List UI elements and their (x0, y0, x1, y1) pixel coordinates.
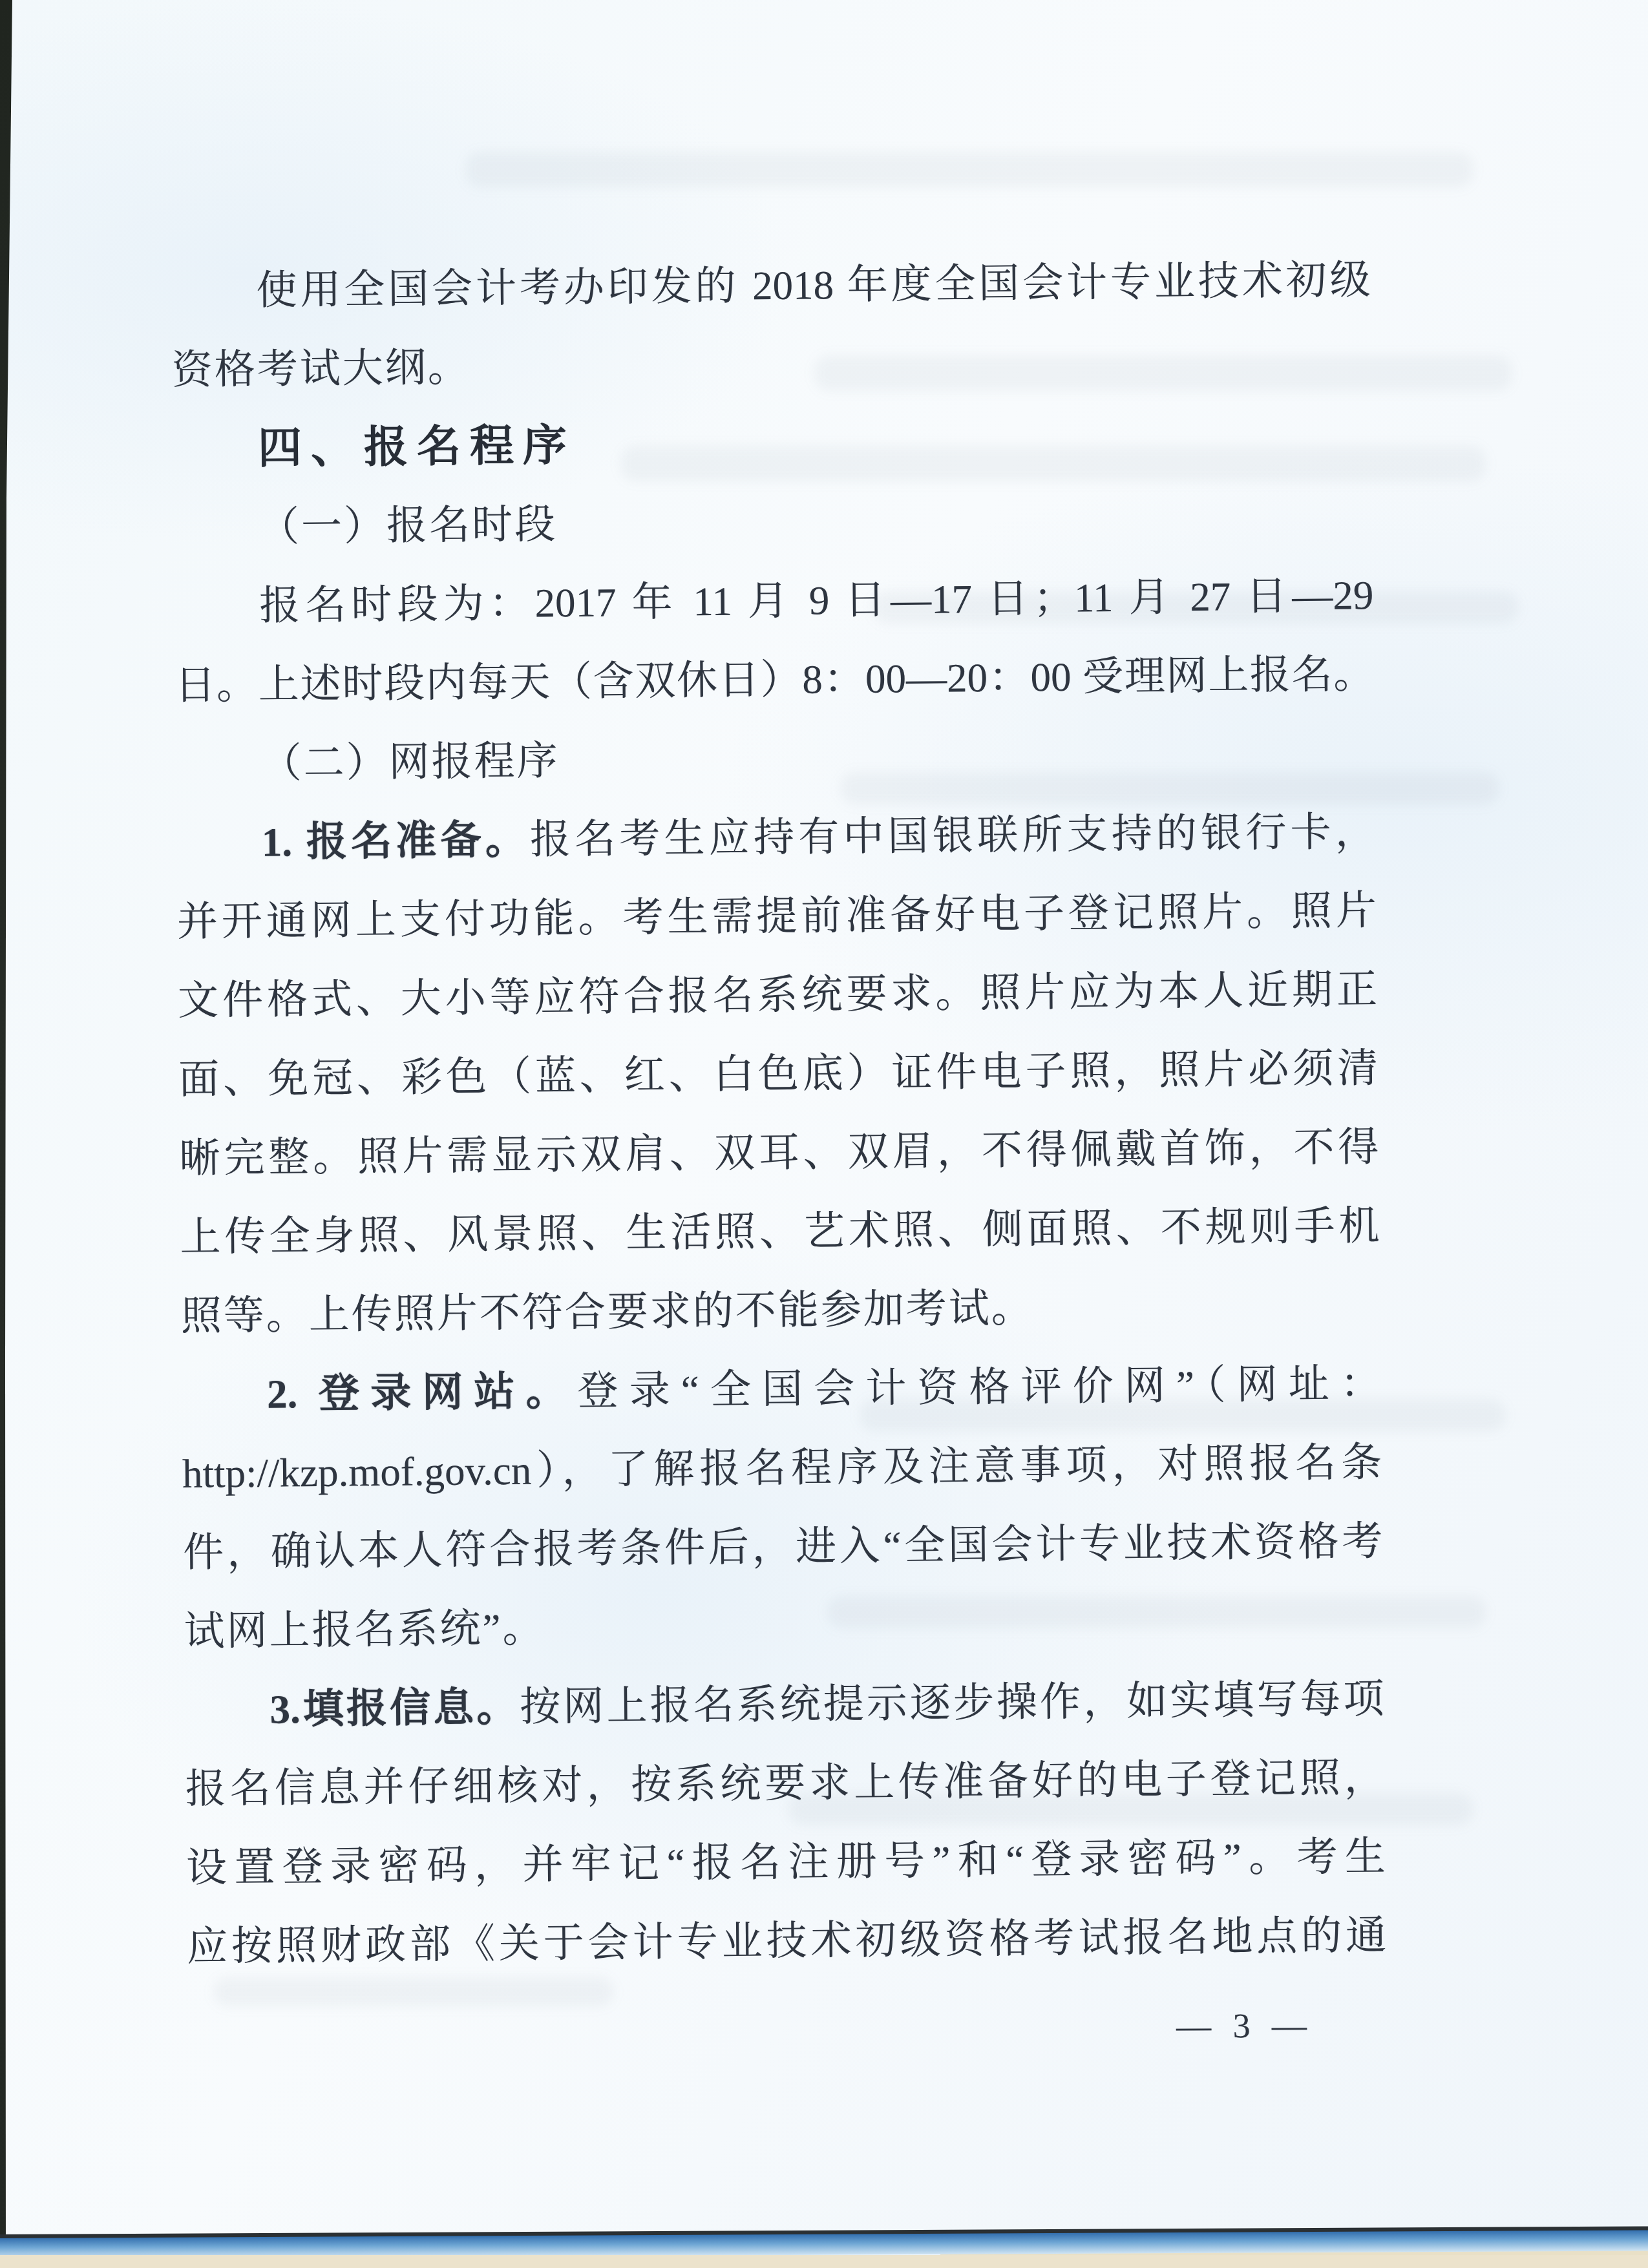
text-line: （一）报名时段 (259, 477, 1373, 567)
lead-in-label: 3.填报信息。 (269, 1685, 520, 1732)
text-line: 并开通网上支付功能。考生需提前准备好电子登记照片。照片 (176, 871, 1377, 961)
text-line: 上传全身照、风景照、生活照、艺术照、侧面照、不规则手机 (180, 1186, 1380, 1277)
text-line: 资格考试大纲。 (171, 319, 1371, 410)
text-line: 报名时段为：2017 年 11 月 9 日—17 日；11 月 27 日—29 (174, 556, 1374, 646)
document-body: 使用全国会计考办印发的 2018 年度全国会计专业技术初级资格考试大纲。四、报名… (171, 240, 1387, 1986)
lead-in-label: 2. 登录网站。 (267, 1369, 578, 1417)
text-line: http://kzp.mof.gov.cn），了解报名程序及注意事项，对照报名条 (182, 1423, 1382, 1513)
scanned-document-page: { "colors": { "paper": "#f5f9fc", "ink":… (0, 0, 1648, 2268)
text-line: 2. 登录网站。登录“全国会计资格评价网”（网址： (181, 1344, 1381, 1434)
text-line: （二）网报程序 (260, 713, 1375, 803)
lead-in-label: 1. 报名准备。 (261, 817, 530, 865)
text-line: 晰完整。照片需显示双肩、双耳、双眉，不得佩戴首饰，不得 (179, 1108, 1379, 1198)
text-line: 四、报名程序 (257, 398, 1372, 488)
text-line: 1. 报名准备。报名考生应持有中国银联所支持的银行卡， (176, 792, 1376, 883)
text-line: 设置登录密码，并牢记“报名注册号”和“登录密码”。考生 (185, 1817, 1386, 1907)
text-line: 应按照财政部《关于会计专业技术初级资格考试报名地点的通 (187, 1896, 1387, 1986)
text-line: 面、免冠、彩色（蓝、红、白色底）证件电子照，照片必须清 (178, 1029, 1379, 1119)
text-line: 件，确认本人符合报考条件后，进入“全国会计专业技术资格考 (183, 1502, 1383, 1592)
text-line: 照等。上传照片不符合要求的不能参加考试。 (180, 1265, 1380, 1356)
scanner-bed-strip (0, 2255, 1648, 2268)
text-line: 日。上述时段内每天（含双休日）8：00—20：00 受理网上报名。 (174, 635, 1375, 725)
text-line: 3.填报信息。按网上报名系统提示逐步操作，如实填写每项 (184, 1659, 1384, 1750)
text-line: 文件格式、大小等应符合报名系统要求。照片应为本人近期正 (178, 950, 1378, 1040)
text-line: 试网上报名系统”。 (184, 1580, 1384, 1671)
text-line: 报名信息并仔细核对，按系统要求上传准备好的电子登记照， (185, 1738, 1385, 1829)
text-line: 使用全国会计考办印发的 2018 年度全国会计专业技术初级 (171, 240, 1371, 331)
page-number: — 3 — (1176, 2005, 1313, 2046)
